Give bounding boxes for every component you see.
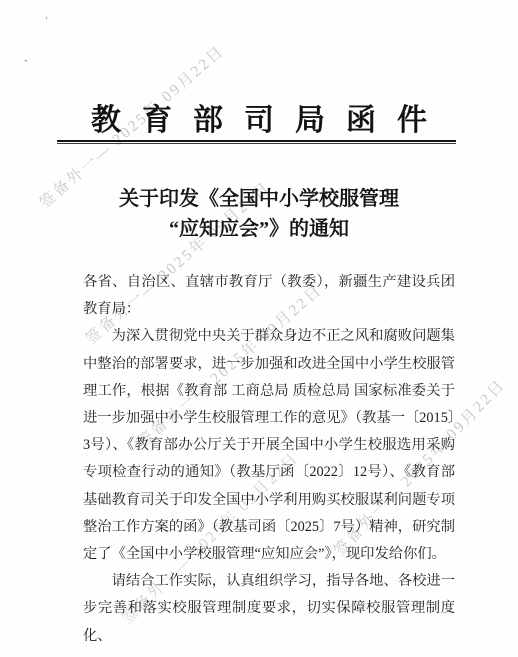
document-body: 各省、自治区、直辖市教育厅（教委），新疆生产建设兵团教育局： 为深入贯彻党中央关…	[83, 269, 455, 650]
salutation: 各省、自治区、直辖市教育厅（教委），新疆生产建设兵团教育局：	[83, 269, 455, 323]
document-title-line1: 关于印发《全国中小学校服管理	[119, 188, 399, 210]
letterhead-divider-rule	[57, 140, 456, 144]
document-page: 签备外一— 2025年 09月22日 签备外一— 2025年 09月22日 签备…	[0, 0, 518, 657]
body-paragraph: 请结合工作实际，认真组织学习，指导各地、各校进一步完善和落实校服管理制度要求，切…	[83, 568, 455, 650]
body-paragraph: 为深入贯彻党中央关于群众身边不正之风和腐败问题集中整治的部署要求，进一步加强和改…	[83, 323, 455, 568]
document-title-line2: “应知应会”》的通知	[169, 218, 349, 240]
pen-mark-icon: ˏ	[22, 48, 28, 61]
pen-mark-icon: ʼ	[43, 16, 49, 28]
document-title: 关于印发《全国中小学校服管理 “应知应会”》的通知	[0, 184, 518, 244]
letterhead-banner: 教育部司局函件	[0, 95, 518, 139]
